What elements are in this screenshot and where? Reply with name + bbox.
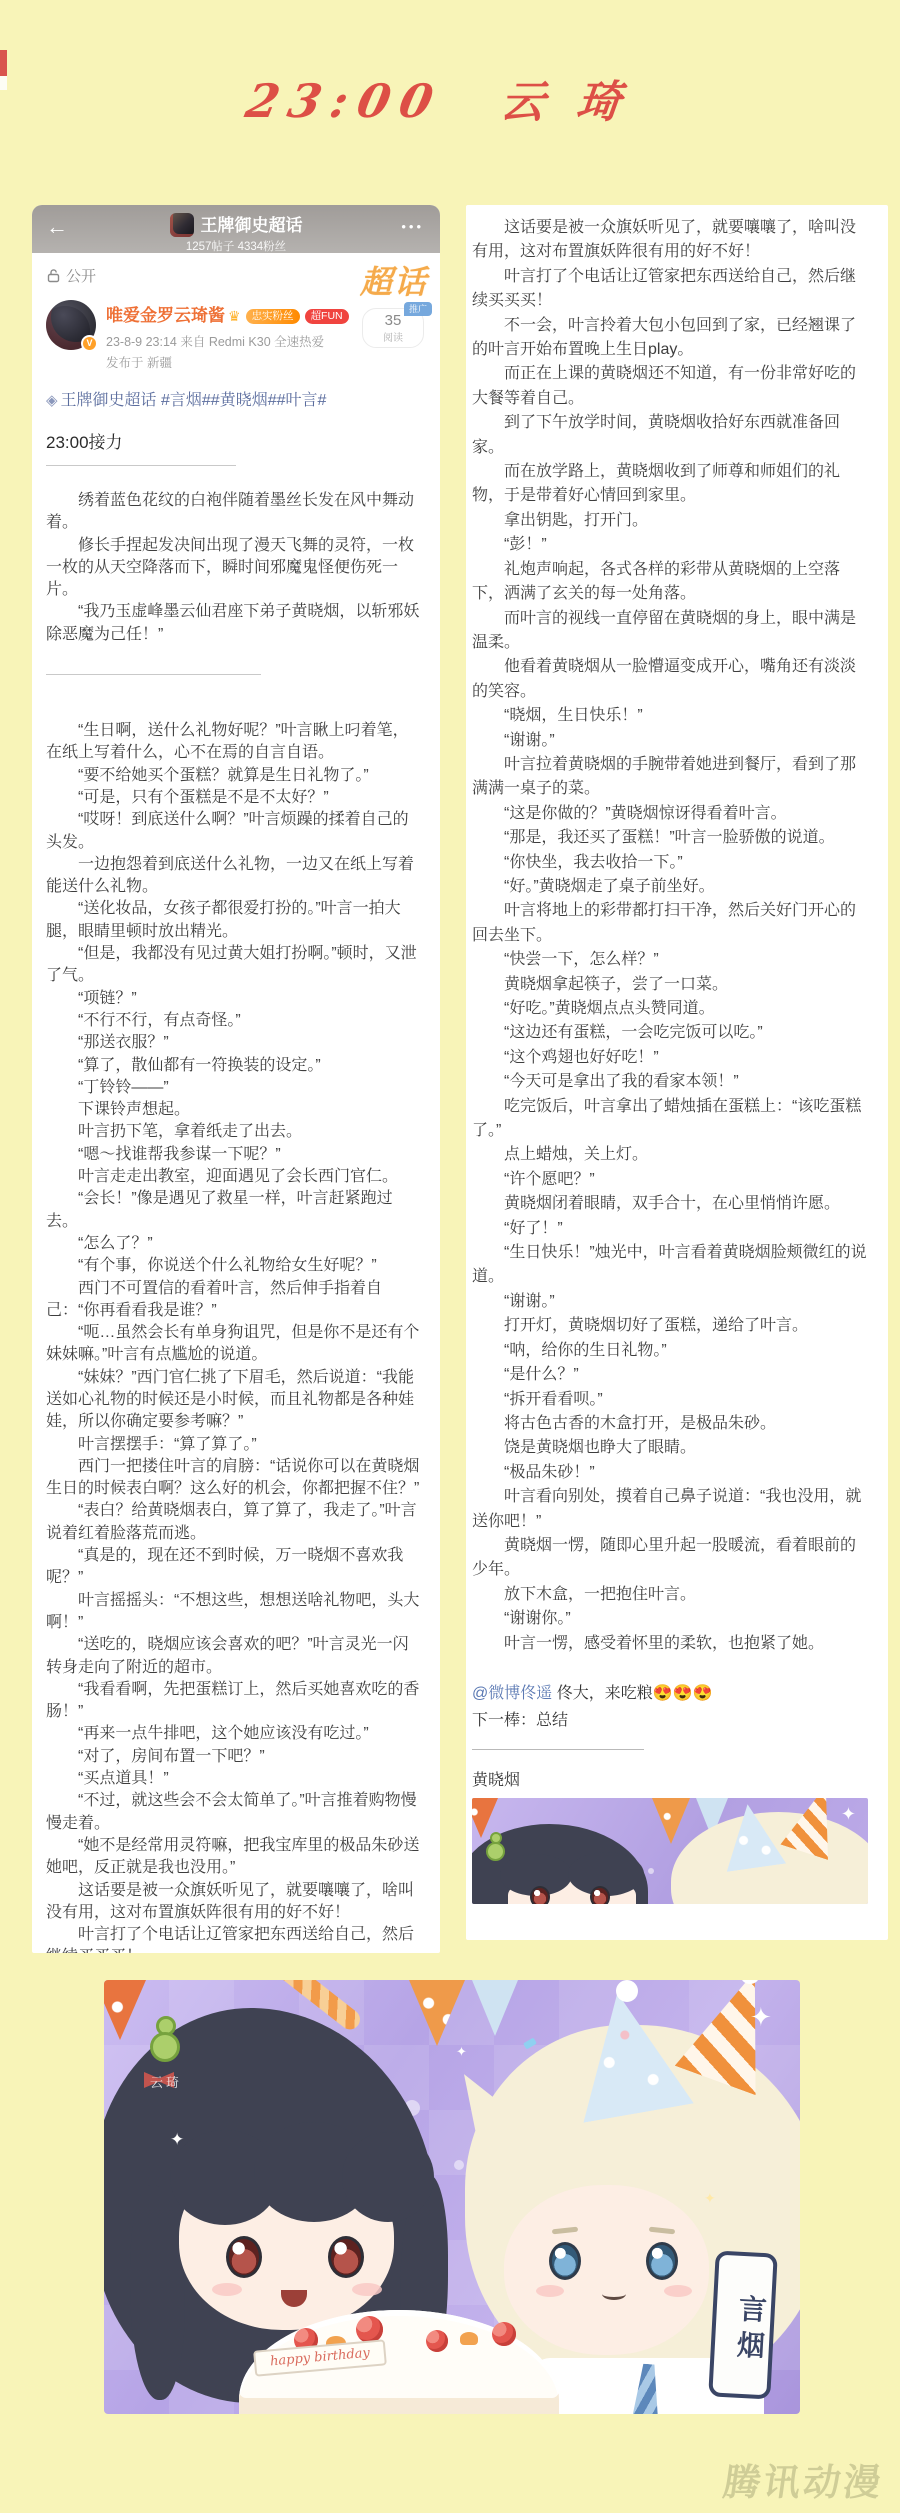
story-paragraph: “是什么？” (472, 1363, 868, 1387)
mention-text: 佟大，来吃粮😍😍😍 (552, 1685, 712, 1702)
story-paragraph: 叶言摇摇头：“不想这些，想想送啥礼物吧，头大啊！” (46, 1590, 424, 1635)
story-paragraph: 下课铃声想起。 (46, 1099, 424, 1121)
story-paragraph: “这个鸡翅也好好吃！” (472, 1046, 868, 1070)
story-paragraph: 叶言将地上的彩带都打扫干净，然后关好门开心的回去坐下。 (472, 899, 868, 948)
hat-pompom-icon (740, 1980, 760, 1984)
story-paragraph: “真是的，现在还不到时候，万一晓烟不喜欢我呢？” (46, 1545, 424, 1590)
story-paragraphs-right: 这话要是被一众旗妖听见了，就要嚷嚷了，啥叫没有用，这对布置旗妖阵很有用的好不好！… (472, 216, 868, 1656)
back-arrow-icon[interactable]: ← (46, 216, 68, 238)
story-paragraph: “彭！” (472, 533, 868, 557)
story-paragraph: “谢谢你。” (472, 1607, 868, 1631)
boy-blush (664, 2285, 692, 2297)
supertopic-title: 王牌御史超话 (201, 216, 303, 235)
gourd-ornament-icon (486, 1842, 505, 1861)
girl-blush (352, 2283, 382, 2296)
weibo-screenshot-card: ← 王牌御史超话 1257帖子 4334粉丝 ••• 公开 超话 V 唯爱金罗云… (32, 205, 440, 1953)
story-paragraph: “要不给她买个蛋糕？就算是生日礼物了。” (46, 765, 424, 787)
story-paragraph: “不行不行，有点奇怪。” (46, 1010, 424, 1032)
story-paragraph: 他看着黄晓烟从一脸懵逼变成开心，嘴角还有淡淡的笑容。 (472, 655, 868, 704)
story-paragraph: “今天可是拿出了我的看家本领！” (472, 1070, 868, 1094)
story-paragraph: “谢谢。” (472, 729, 868, 753)
bunting-icon (104, 1980, 146, 2040)
story-paragraph: “项链？” (46, 988, 424, 1010)
story-paragraph: 绣着蓝色花纹的白袍伴随着墨丝长发在风中舞动着。 (46, 490, 424, 535)
bunting-icon (409, 1980, 465, 2046)
story-paragraph: “但是，我都没有见过黄大姐打扮啊。”顿时，又泄了气。 (46, 943, 424, 988)
story-paragraph: 打开灯，黄晓烟切好了蛋糕，递给了叶言。 (472, 1314, 868, 1338)
next-runner-line: 下一棒：总结 (472, 1707, 868, 1734)
unlock-icon (46, 268, 61, 283)
story-paragraph: 饶是黄晓烟也睁大了眼睛。 (472, 1436, 868, 1460)
story-paragraph: 黄晓烟拿起筷子，尝了一口菜。 (472, 973, 868, 997)
supertopic-gem-icon: ◈ (46, 392, 58, 409)
supertopic-avatar[interactable] (170, 213, 194, 237)
user-avatar[interactable]: V (46, 300, 96, 350)
story-paragraph: “算了，散仙都有一符换装的设定。” (46, 1055, 424, 1077)
story-paragraph: “怎么了？” (46, 1233, 424, 1255)
dot-decor (648, 1868, 654, 1874)
girl-bangs (342, 2132, 434, 2222)
story-paragraph: “好吃。”黄晓烟点点头赞同道。 (472, 997, 868, 1021)
read-count-pill[interactable]: 35 阅读 推广 (362, 308, 424, 348)
verified-badge-icon: V (81, 335, 98, 352)
story-paragraph: 将古色古香的木盒打开，是极品朱砂。 (472, 1412, 868, 1436)
girl-eye (328, 2236, 364, 2278)
story-paragraph: 这话要是被一众旗妖听见了，就要嚷嚷了，啥叫没有用，这对布置旗妖阵很有用的好不好！ (472, 216, 868, 265)
story-paragraph: “晓烟，生日快乐！” (472, 704, 868, 728)
story-paragraph: 修长手捏起发决间出现了漫天飞舞的灵符，一枚一枚的从天空降落而下，瞬时间邪魔鬼怪便… (46, 535, 424, 602)
boy-eye (549, 2242, 581, 2280)
story-paragraph: “快尝一下，怎么样？” (472, 948, 868, 972)
relay-time-label: 23:00接力 (46, 428, 424, 453)
girl-eye (590, 1886, 610, 1904)
story-paragraph: 放下木盒，一把抱住叶言。 (472, 1583, 868, 1607)
user-row: V 唯爱金罗云琦酱♛忠实粉丝超FUN 23-8-9 23:14 来自 Redmi… (46, 300, 424, 371)
story-paragraph: 叶言拉着黄晓烟的手腕带着她进到餐厅，看到了那满满一桌子的菜。 (472, 753, 868, 802)
boy-blush (536, 2285, 564, 2297)
more-options-icon[interactable]: ••• (401, 219, 424, 234)
story-paragraph: “可是，只有个蛋糕是不是不太好？” (46, 787, 424, 809)
story-paragraph: 而叶言的视线一直停留在黄晓烟的身上，眼中满是温柔。 (472, 607, 868, 656)
page-title: 23:00云琦 (0, 66, 900, 130)
mention-line: @微博佟遥 佟大，来吃粮😍😍😍 (472, 1680, 868, 1707)
fan-badge[interactable]: 忠实粉丝 (246, 309, 300, 324)
story-paragraph: “生日快乐！”烛光中，叶言看着黄晓烟脸颊微红的说道。 (472, 1241, 868, 1290)
hat-pompom-icon (616, 1980, 638, 2002)
story-paragraph: “好了！” (472, 1217, 868, 1241)
supertopic-watermark: 超话 (360, 257, 428, 303)
confetti (523, 2037, 537, 2049)
visibility-label: 公开 (66, 265, 96, 286)
story-paragraph: 叶言打了个电话让辽管家把东西送给自己，然后继续买买买！ (472, 265, 868, 314)
story-paragraph: “表白？给黄晓烟表白，算了算了，我走了。”叶言说着红着脸落荒而逃。 (46, 1500, 424, 1545)
promo-ribbon: 推广 (404, 302, 432, 316)
story-paragraph: 拿出钥匙，打开门。 (472, 509, 868, 533)
story-paragraph: “谢谢。” (472, 1290, 868, 1314)
weibo-header-bar: ← 王牌御史超话 1257帖子 4334粉丝 ••• (32, 205, 440, 253)
title-time: 23:00 (242, 74, 448, 128)
boy-eye (646, 2242, 678, 2280)
story-paragraph: 叶言一愣，感受着怀里的柔软，也抱紧了她。 (472, 1632, 868, 1656)
dot-decor (454, 2160, 464, 2170)
story-paragraph: 叶言扔下笔，拿着纸走了出去。 (46, 1121, 424, 1143)
story-paragraphs-left: “生日啊，送什么礼物好呢？”叶言瞅上叼着笔，在纸上写着什么，心不在焉的自言自语。… (46, 720, 424, 1953)
story-paragraph: “你快坐，我去收拾一下。” (472, 851, 868, 875)
story-paragraph: “我乃玉虚峰墨云仙君座下弟子黄晓烟，以斩邪妖除恶魔为己任！” (46, 601, 424, 646)
title-name: 云琦 (497, 66, 656, 130)
user-name[interactable]: 唯爱金罗云琦酱 (106, 306, 225, 325)
character-label: 黄晓烟 (472, 1767, 868, 1790)
sparkle-icon: ✦ (750, 2002, 772, 2033)
divider (472, 1749, 644, 1750)
topic-hashtag-line[interactable]: ◈王牌御史超话 #言烟##黄晓烟##叶言# (46, 387, 424, 410)
story-paragraph: 黄晓烟一愣，随即心里升起一股暖流，看着眼前的少年。 (472, 1534, 868, 1583)
story-paragraph: “妹妹？”西门官仁挑了下眉毛，然后说道：“我能送如心礼物的时候还是小时候，而且礼… (46, 1367, 424, 1434)
story-paragraph: 到了下午放学时间，黄晓烟收拾好东西就准备回家。 (472, 411, 868, 460)
opening-paragraphs: 绣着蓝色花纹的白袍伴随着墨丝长发在风中舞动着。修长手捏起发决间出现了漫天飞舞的灵… (46, 490, 424, 646)
story-paragraph: “送化妆品，女孩子都很爱打扮的。”叶言一拍大腿，眼睛里顿时放出精光。 (46, 898, 424, 943)
sparkle-icon: ✦ (456, 2044, 467, 2060)
visibility-row: 公开 超话 (46, 265, 424, 286)
weibo-post-body: 公开 超话 V 唯爱金罗云琦酱♛忠实粉丝超FUN 23-8-9 23:14 来自… (32, 253, 440, 1953)
story-paragraph: “许个愿吧？” (472, 1168, 868, 1192)
artist-watermark: 云琦 (150, 2072, 182, 2091)
story-paragraph: “那送衣服？” (46, 1032, 424, 1054)
story-paragraph: 吃完饭后，叶言拿出了蜡烛插在蛋糕上：“该吃蛋糕了。” (472, 1095, 868, 1144)
story-paragraph: “买点道具！” (46, 1768, 424, 1790)
story-paragraph: 黄晓烟闭着眼睛，双手合十，在心里悄悄许愿。 (472, 1192, 868, 1216)
story-paragraph: “这是你做的？”黄晓烟惊讶得看着叶言。 (472, 802, 868, 826)
strawberry-icon (492, 2322, 516, 2346)
boy-face (504, 2185, 709, 2355)
divider (46, 465, 236, 466)
story-paragraph: “再来一点牛排吧，这个她应该没有吃过。” (46, 1723, 424, 1745)
story-paragraph: “生日啊，送什么礼物好呢？”叶言瞅上叼着笔，在纸上写着什么，心不在焉的自言自语。 (46, 720, 424, 765)
girl-blush (212, 2283, 242, 2296)
story-paragraph: “丁铃铃——” (46, 1077, 424, 1099)
story-paragraph: “极品朱砂！” (472, 1461, 868, 1485)
girl-eye (530, 1886, 550, 1904)
story-paragraph: 西门不可置信的看着叶言，然后伸手指着自己：“你再看看我是谁？” (46, 1278, 424, 1323)
story-paragraph: 不一会，叶言拎着大包小包回到了家，已经翘课了的叶言开始布置晚上生日play。 (472, 314, 868, 363)
story-paragraph: “呃…虽然会长有单身狗诅咒，但是你不是还有个妹妹嘛。”叶言有点尴尬的说道。 (46, 1322, 424, 1367)
story-paragraph: “这边还有蛋糕，一会吃完饭可以吃。” (472, 1021, 868, 1045)
crown-icon: ♛ (228, 308, 241, 324)
fun-badge[interactable]: 超FUN (305, 309, 349, 324)
post-location: 发布于 新疆 (106, 353, 424, 371)
mention-block: @微博佟遥 佟大，来吃粮😍😍😍 下一棒：总结 (472, 1680, 868, 1734)
girl-eye (226, 2236, 262, 2278)
story-paragraph: 点上蜡烛，关上灯。 (472, 1143, 868, 1167)
story-continuation-card: 这话要是被一众旗妖听见了，就要嚷嚷了，啥叫没有用，这对布置旗妖阵很有用的好不好！… (466, 205, 888, 1940)
topic-hashtags: 王牌御史超话 #言烟##黄晓烟##叶言# (61, 392, 327, 409)
story-paragraph: “好。”黄晓烟走了桌子前坐好。 (472, 875, 868, 899)
bunting-icon (472, 1980, 518, 2036)
supertopic-stats: 1257帖子 4334粉丝 (32, 238, 440, 254)
sparkle-icon: ✦ (170, 2130, 184, 2150)
strawberry-icon (426, 2330, 448, 2352)
story-paragraph: “嗯～找谁帮我参谋一下呢？” (46, 1144, 424, 1166)
boy-mouth (602, 2288, 626, 2300)
story-paragraph: 而在放学路上，黄晓烟收到了师尊和师姐们的礼物，于是带着好心情回到家里。 (472, 460, 868, 509)
story-paragraph: “那是，我还买了蛋糕！”叶言一脸骄傲的说道。 (472, 826, 868, 850)
story-paragraph: 叶言摆摆手：“算了算了。” (46, 1434, 424, 1456)
story-paragraph: 叶言打了个电话让辽管家把东西送给自己，然后继续买买买！ (46, 1924, 424, 1953)
story-paragraph: “我看看啊，先把蛋糕订上，然后买她喜欢吃的香肠！” (46, 1679, 424, 1724)
mention-link[interactable]: @微博佟遥 (472, 1685, 552, 1702)
story-paragraph: “她不是经常用灵符嘛，把我宝库里的极品朱砂送她吧，反正就是我也没用。” (46, 1835, 424, 1880)
story-paragraph: “会长！”像是遇见了救星一样，叶言赶紧跑过去。 (46, 1188, 424, 1233)
birthday-illustration: happy birthday 言烟 ✦ ✦ ✦ ✦ 云琦 (104, 1980, 800, 2414)
sparkle-icon: ✦ (704, 2190, 716, 2207)
story-paragraph: 这话要是被一众旗妖听见了，就要嚷嚷了，啥叫没有用，这对布置旗妖阵很有用的好不好！ (46, 1880, 424, 1925)
divider (46, 674, 261, 675)
story-paragraph: “呐，给你的生日礼物。” (472, 1339, 868, 1363)
gourd-ornament-icon (150, 2032, 180, 2062)
story-paragraph: 而正在上课的黄晓烟还不知道，有一份非常好吃的大餐等着自己。 (472, 362, 868, 411)
name-tag: 言烟 (708, 2250, 778, 2399)
sparkle-icon: ✦ (841, 1804, 856, 1825)
orange-slice-icon (460, 2332, 478, 2345)
story-paragraph: “送吃的，晓烟应该会喜欢的吧？”叶言灵光一闪转身走向了附近的超市。 (46, 1634, 424, 1679)
mini-illustration-strip: ✦ (472, 1798, 868, 1904)
read-count-label: 阅读 (369, 329, 417, 344)
story-paragraph: “拆开看看呗。” (472, 1388, 868, 1412)
story-paragraph: 叶言走走出教室，迎面遇见了会长西门官仁。 (46, 1166, 424, 1188)
story-paragraph: “不过，就这些会不会太简单了。”叶言推着购物慢慢走着。 (46, 1790, 424, 1835)
bunting-icon (652, 1798, 690, 1844)
tencent-comics-watermark: 腾讯动漫 (720, 2452, 888, 2506)
story-paragraph: “对了，房间布置一下吧？” (46, 1746, 424, 1768)
story-paragraph: 西门一把搂住叶言的肩膀：“话说你可以在黄晓烟生日的时候表白啊？这么好的机会，你都… (46, 1456, 424, 1501)
story-paragraph: 礼炮声响起，各式各样的彩带从黄晓烟的上空落下，洒满了玄关的每一处角落。 (472, 558, 868, 607)
story-paragraph: 一边抱怨着到底送什么礼物，一边又在纸上写着能送什么礼物。 (46, 854, 424, 899)
story-paragraph: “有个事，你说送个什么礼物给女生好呢？” (46, 1255, 424, 1277)
story-paragraph: 叶言看向别处，摸着自己鼻子说道：“我也没用，就送你吧！” (472, 1485, 868, 1534)
story-paragraph: “哎呀！到底送什么啊？”叶言烦躁的揉着自己的头发。 (46, 809, 424, 854)
